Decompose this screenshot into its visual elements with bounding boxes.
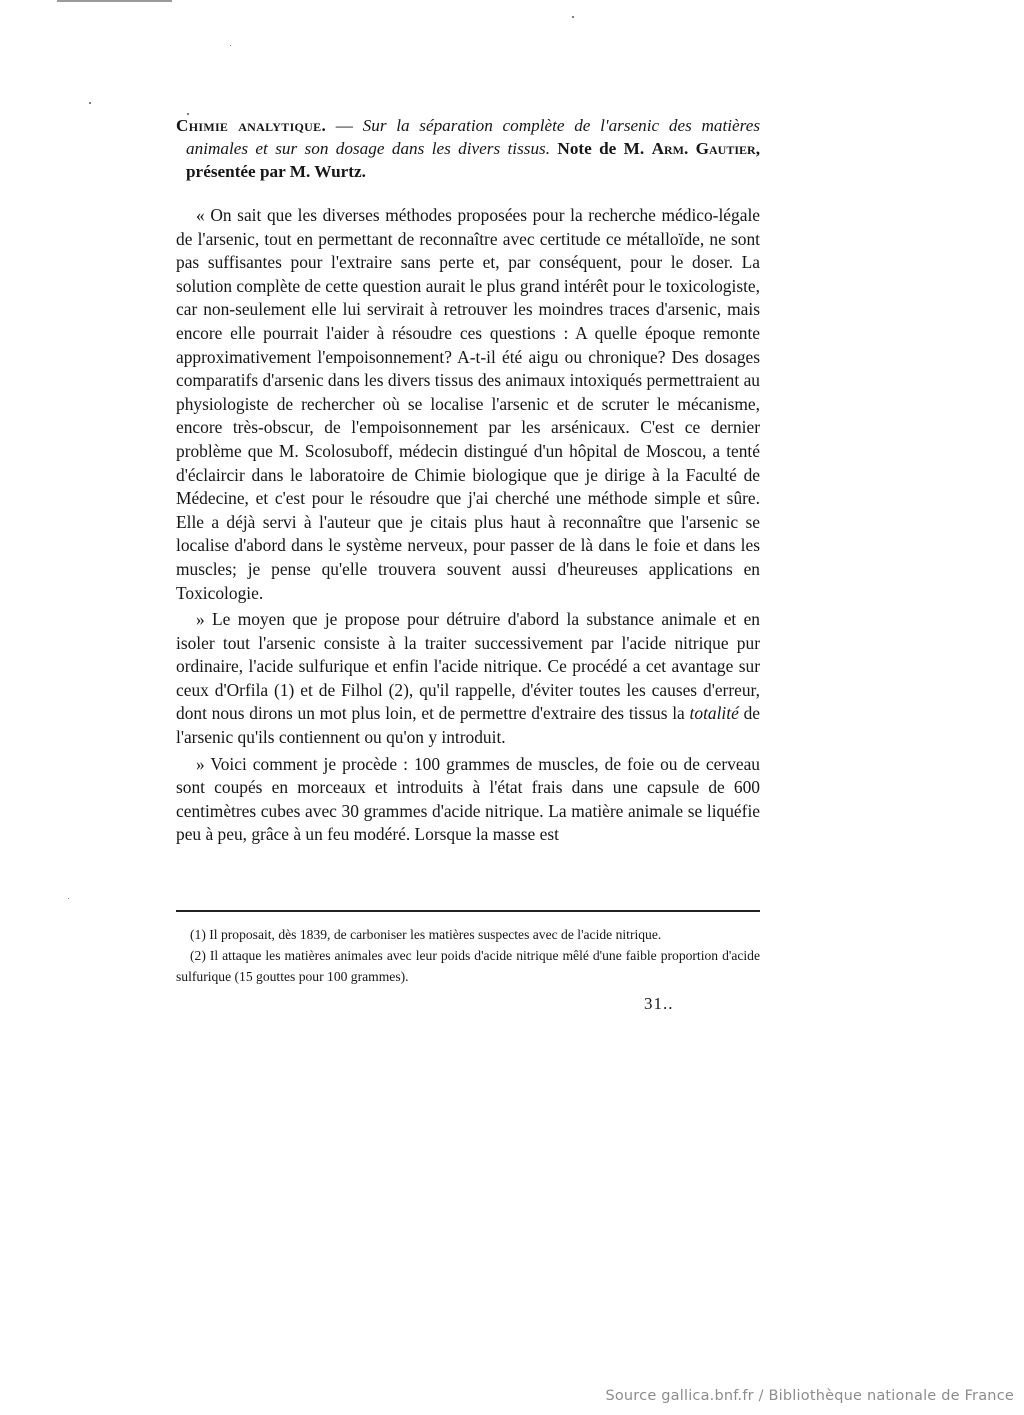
heading-dash: — xyxy=(326,116,363,135)
footnote-1: (1) Il proposait, dès 1839, de carbonise… xyxy=(176,924,760,945)
emphasized-word: totalité xyxy=(690,703,739,723)
section-label: Chimie analytique. xyxy=(176,116,326,135)
source-watermark: Source gallica.bnf.fr / Bibliothèque nat… xyxy=(605,1388,1014,1404)
paragraph: » Voici comment je procède : 100 grammes… xyxy=(176,753,760,847)
signature-mark: 31.. xyxy=(644,994,674,1014)
document-page: Chimie analytique. — Sur la séparation c… xyxy=(176,114,760,850)
scan-speck xyxy=(572,16,574,18)
note-prefix: Note de M. xyxy=(550,139,652,158)
paragraph: « On sait que les diverses méthodes prop… xyxy=(176,204,760,605)
author-name: Arm. Gautier xyxy=(652,139,756,158)
paragraph-text: » Voici comment je procède : 100 grammes… xyxy=(176,754,760,845)
paragraph-text: « On sait que les diverses méthodes prop… xyxy=(176,205,760,603)
article-body: « On sait que les diverses méthodes prop… xyxy=(176,204,760,847)
footnote-separator xyxy=(176,910,760,912)
paragraph-text: » Le moyen que je propose pour détruire … xyxy=(176,609,760,723)
article-heading: Chimie analytique. — Sur la séparation c… xyxy=(176,114,760,183)
scan-top-edge-line xyxy=(57,0,172,2)
footnote-2: (2) Il attaque les matières animales ave… xyxy=(176,945,760,987)
footnotes: (1) Il proposait, dès 1839, de carbonise… xyxy=(176,924,760,987)
scan-speck xyxy=(230,45,231,46)
scan-speck xyxy=(68,898,69,899)
paragraph: » Le moyen que je propose pour détruire … xyxy=(176,608,760,750)
scan-speck xyxy=(89,102,91,104)
